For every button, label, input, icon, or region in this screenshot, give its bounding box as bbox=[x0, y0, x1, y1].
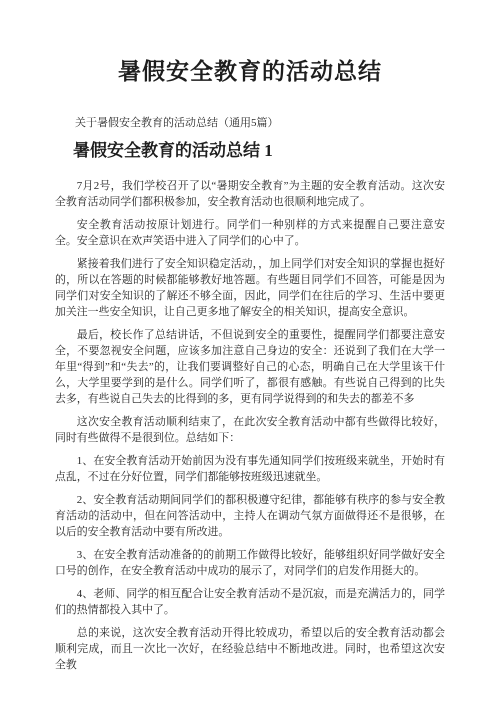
paragraph-plan: 安全教育活动按原计划进行。同学们一种别样的方式来提醒自己要注意安全。安全意识在欢… bbox=[55, 217, 445, 249]
paragraph-point-1: 1、在安全教育活动开始前因为没有事先通知同学们按班级来就坐，开始时有点乱，不过在… bbox=[55, 453, 445, 485]
section-heading: 暑假安全教育的活动总结 1 bbox=[73, 140, 445, 162]
paragraph-summary-lead: 这次安全教育活动顺利结束了，在此次安全教育活动中都有些做得比较好，同时有些做得不… bbox=[55, 414, 445, 446]
document-page: 暑假安全教育的活动总结 关于暑假安全教育的活动总结（通用5篇） 暑假安全教育的活… bbox=[0, 0, 500, 707]
document-subtitle: 关于暑假安全教育的活动总结（通用5篇） bbox=[75, 116, 445, 131]
paragraph-principal-speech: 最后，校长作了总结讲话，不但说到安全的重要性，提醒同学们都要注意安全，不要忽视安… bbox=[55, 327, 445, 407]
paragraph-point-4: 4、老师、同学的相互配合让安全教育活动不是沉寂，而是充满活力的，同学们的热情都投… bbox=[55, 586, 445, 618]
paragraph-conclusion-truncated: 总的来说，这次安全教育活动开得比较成功，希望以后的安全教育活动都会顺利完成，而且… bbox=[55, 625, 445, 673]
paragraph-intro: 7月2号，我们学校召开了以“暑期安全教育”为主题的安全教育活动。这次安全教育活动… bbox=[55, 178, 445, 210]
paragraph-point-2: 2、安全教育活动期间同学们的都积极遵守纪律，都能够有秩序的参与安全教育活动的活动… bbox=[55, 492, 445, 540]
document-body: 7月2号，我们学校召开了以“暑期安全教育”为主题的安全教育活动。这次安全教育活动… bbox=[55, 178, 445, 673]
paragraph-knowledge-quiz: 紧接着我们进行了安全知识稳定活动，，加上同学们对安全知识的掌握也挺好的，所以在答… bbox=[55, 256, 445, 320]
paragraph-point-3: 3、在安全教育活动准备的的前期工作做得比较好，能够组织好同学做好安全口号的创作，… bbox=[55, 547, 445, 579]
document-title: 暑假安全教育的活动总结 bbox=[0, 0, 500, 87]
